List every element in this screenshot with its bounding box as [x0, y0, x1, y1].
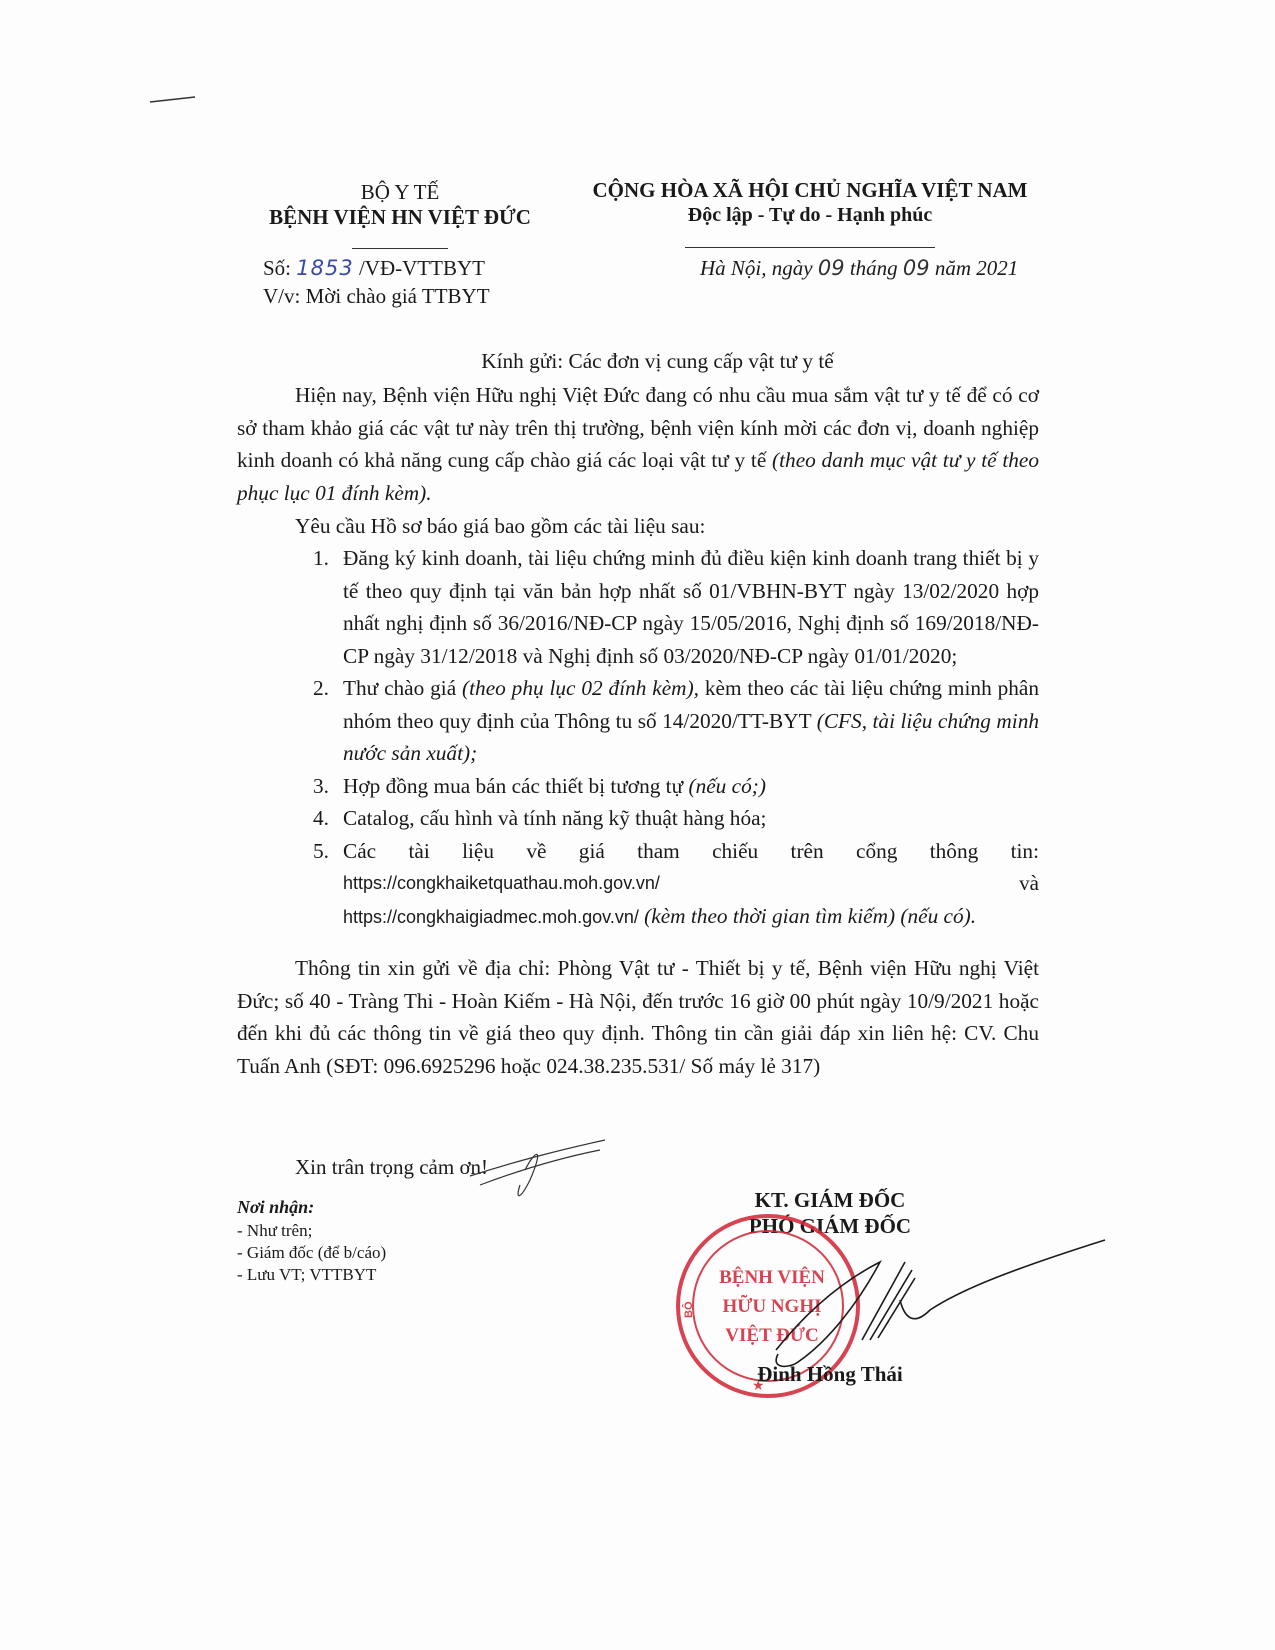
date-prefix: Hà Nội, ngày	[700, 256, 813, 280]
initials-signature-icon	[470, 1140, 605, 1196]
date-month-label: tháng	[850, 256, 898, 280]
date-day: 09	[818, 256, 845, 280]
intro-paragraph: Hiện nay, Bệnh viện Hữu nghị Việt Đức đa…	[237, 379, 1039, 509]
requirement-item: 4. Catalog, cấu hình và tính năng kỹ thu…	[313, 802, 1039, 835]
document-date: Hà Nội, ngày 09 tháng 09 năm 2021	[700, 256, 1018, 281]
stamp-line-1: BỆNH VIỆN	[719, 1266, 825, 1288]
item-number: 1.	[313, 542, 329, 575]
stamp-line-3: VIỆT ĐỨC	[725, 1324, 818, 1346]
item-text: Đăng ký kinh doanh, tài liệu chứng minh …	[343, 546, 1039, 668]
doc-number-suffix: /VĐ-VTTBYT	[359, 256, 485, 280]
item-number: 4.	[313, 802, 329, 835]
url-ketquathau-link[interactable]: https://congkhaiketquathau.moh.gov.vn/	[343, 867, 660, 900]
url-giadmec-link[interactable]: https://congkhaigiadmec.moh.gov.vn/	[343, 907, 639, 927]
requirement-item: 2. Thư chào giá (theo phụ lục 02 đính kè…	[313, 672, 1039, 770]
salutation: Kính gửi: Các đơn vị cung cấp vật tư y t…	[0, 345, 1275, 378]
organization-name: BỆNH VIỆN HN VIỆT ĐỨC	[243, 205, 557, 230]
doc-number-handwritten: 1853	[296, 256, 353, 280]
director-signature-icon	[776, 1240, 1105, 1366]
national-motto: Độc lập - Tự do - Hạnh phúc	[560, 204, 1060, 227]
recipients-title: Nơi nhận:	[237, 1197, 314, 1218]
doc-number-label: Số:	[263, 256, 291, 280]
recipient-item: - Như trên;	[237, 1221, 312, 1241]
requirement-item: 1. Đăng ký kinh doanh, tài liệu chứng mi…	[313, 542, 1039, 672]
org-divider	[352, 248, 448, 249]
signature-title-1: KT. GIÁM ĐỐC	[700, 1188, 960, 1213]
closing-text: Xin trân trọng cảm ơn!	[295, 1155, 488, 1180]
item-italic: (kèm theo thời gian tìm kiếm) (nếu có).	[644, 904, 976, 928]
requirement-item: 3. Hợp đồng mua bán các thiết bị tương t…	[313, 770, 1039, 803]
contact-paragraph: Thông tin xin gửi về địa chỉ: Phòng Vật …	[237, 952, 1039, 1082]
item-url-row: https://congkhaiketquathau.moh.gov.vn/ v…	[343, 867, 1039, 900]
item-text: Catalog, cấu hình và tính năng kỹ thuật …	[343, 806, 766, 830]
stamp-side-text: BỘ	[682, 1301, 695, 1318]
item-text: Các tài liệu về giá tham chiếu trên cổng…	[343, 835, 1039, 868]
motto-divider	[685, 247, 935, 248]
ministry-name: BỘ Y TẾ	[263, 180, 537, 205]
item-number: 3.	[313, 770, 329, 803]
item-url-row-2: https://congkhaigiadmec.moh.gov.vn/ (kèm…	[343, 900, 1039, 934]
scan-mark-icon	[150, 97, 195, 102]
stamp-line-2: HỮU NGHỊ	[722, 1295, 821, 1317]
item-text: Thư chào giá	[343, 676, 456, 700]
signer-name: Đinh Hồng Thái	[700, 1362, 960, 1387]
national-title: CỘNG HÒA XÃ HỘI CHỦ NGHĨA VIỆT NAM	[560, 178, 1060, 203]
requirements-heading: Yêu cầu Hồ sơ báo giá bao gồm các tài li…	[237, 510, 1039, 543]
document-subject: V/v: Mời chào giá TTBYT	[263, 284, 490, 309]
document-number: Số: 1853 /VĐ-VTTBYT	[263, 256, 485, 281]
item-number: 5.	[313, 835, 329, 868]
requirements-list: 1. Đăng ký kinh doanh, tài liệu chứng mi…	[313, 542, 1039, 933]
item-text: Hợp đồng mua bán các thiết bị tương tự	[343, 774, 683, 798]
and-text: và	[1019, 867, 1039, 900]
recipient-item: - Giám đốc (để b/cáo)	[237, 1243, 386, 1263]
requirement-item: 5. Các tài liệu về giá tham chiếu trên c…	[313, 835, 1039, 934]
item-number: 2.	[313, 672, 329, 705]
signature-title-2: PHÓ GIÁM ĐỐC	[700, 1214, 960, 1239]
date-month: 09	[903, 256, 930, 280]
item-italic: (theo phụ lục 02 đính kèm),	[462, 676, 699, 700]
item-italic: (nếu có;)	[688, 774, 765, 798]
date-year: năm 2021	[935, 256, 1018, 280]
recipient-item: - Lưu VT; VTTBYT	[237, 1265, 376, 1285]
